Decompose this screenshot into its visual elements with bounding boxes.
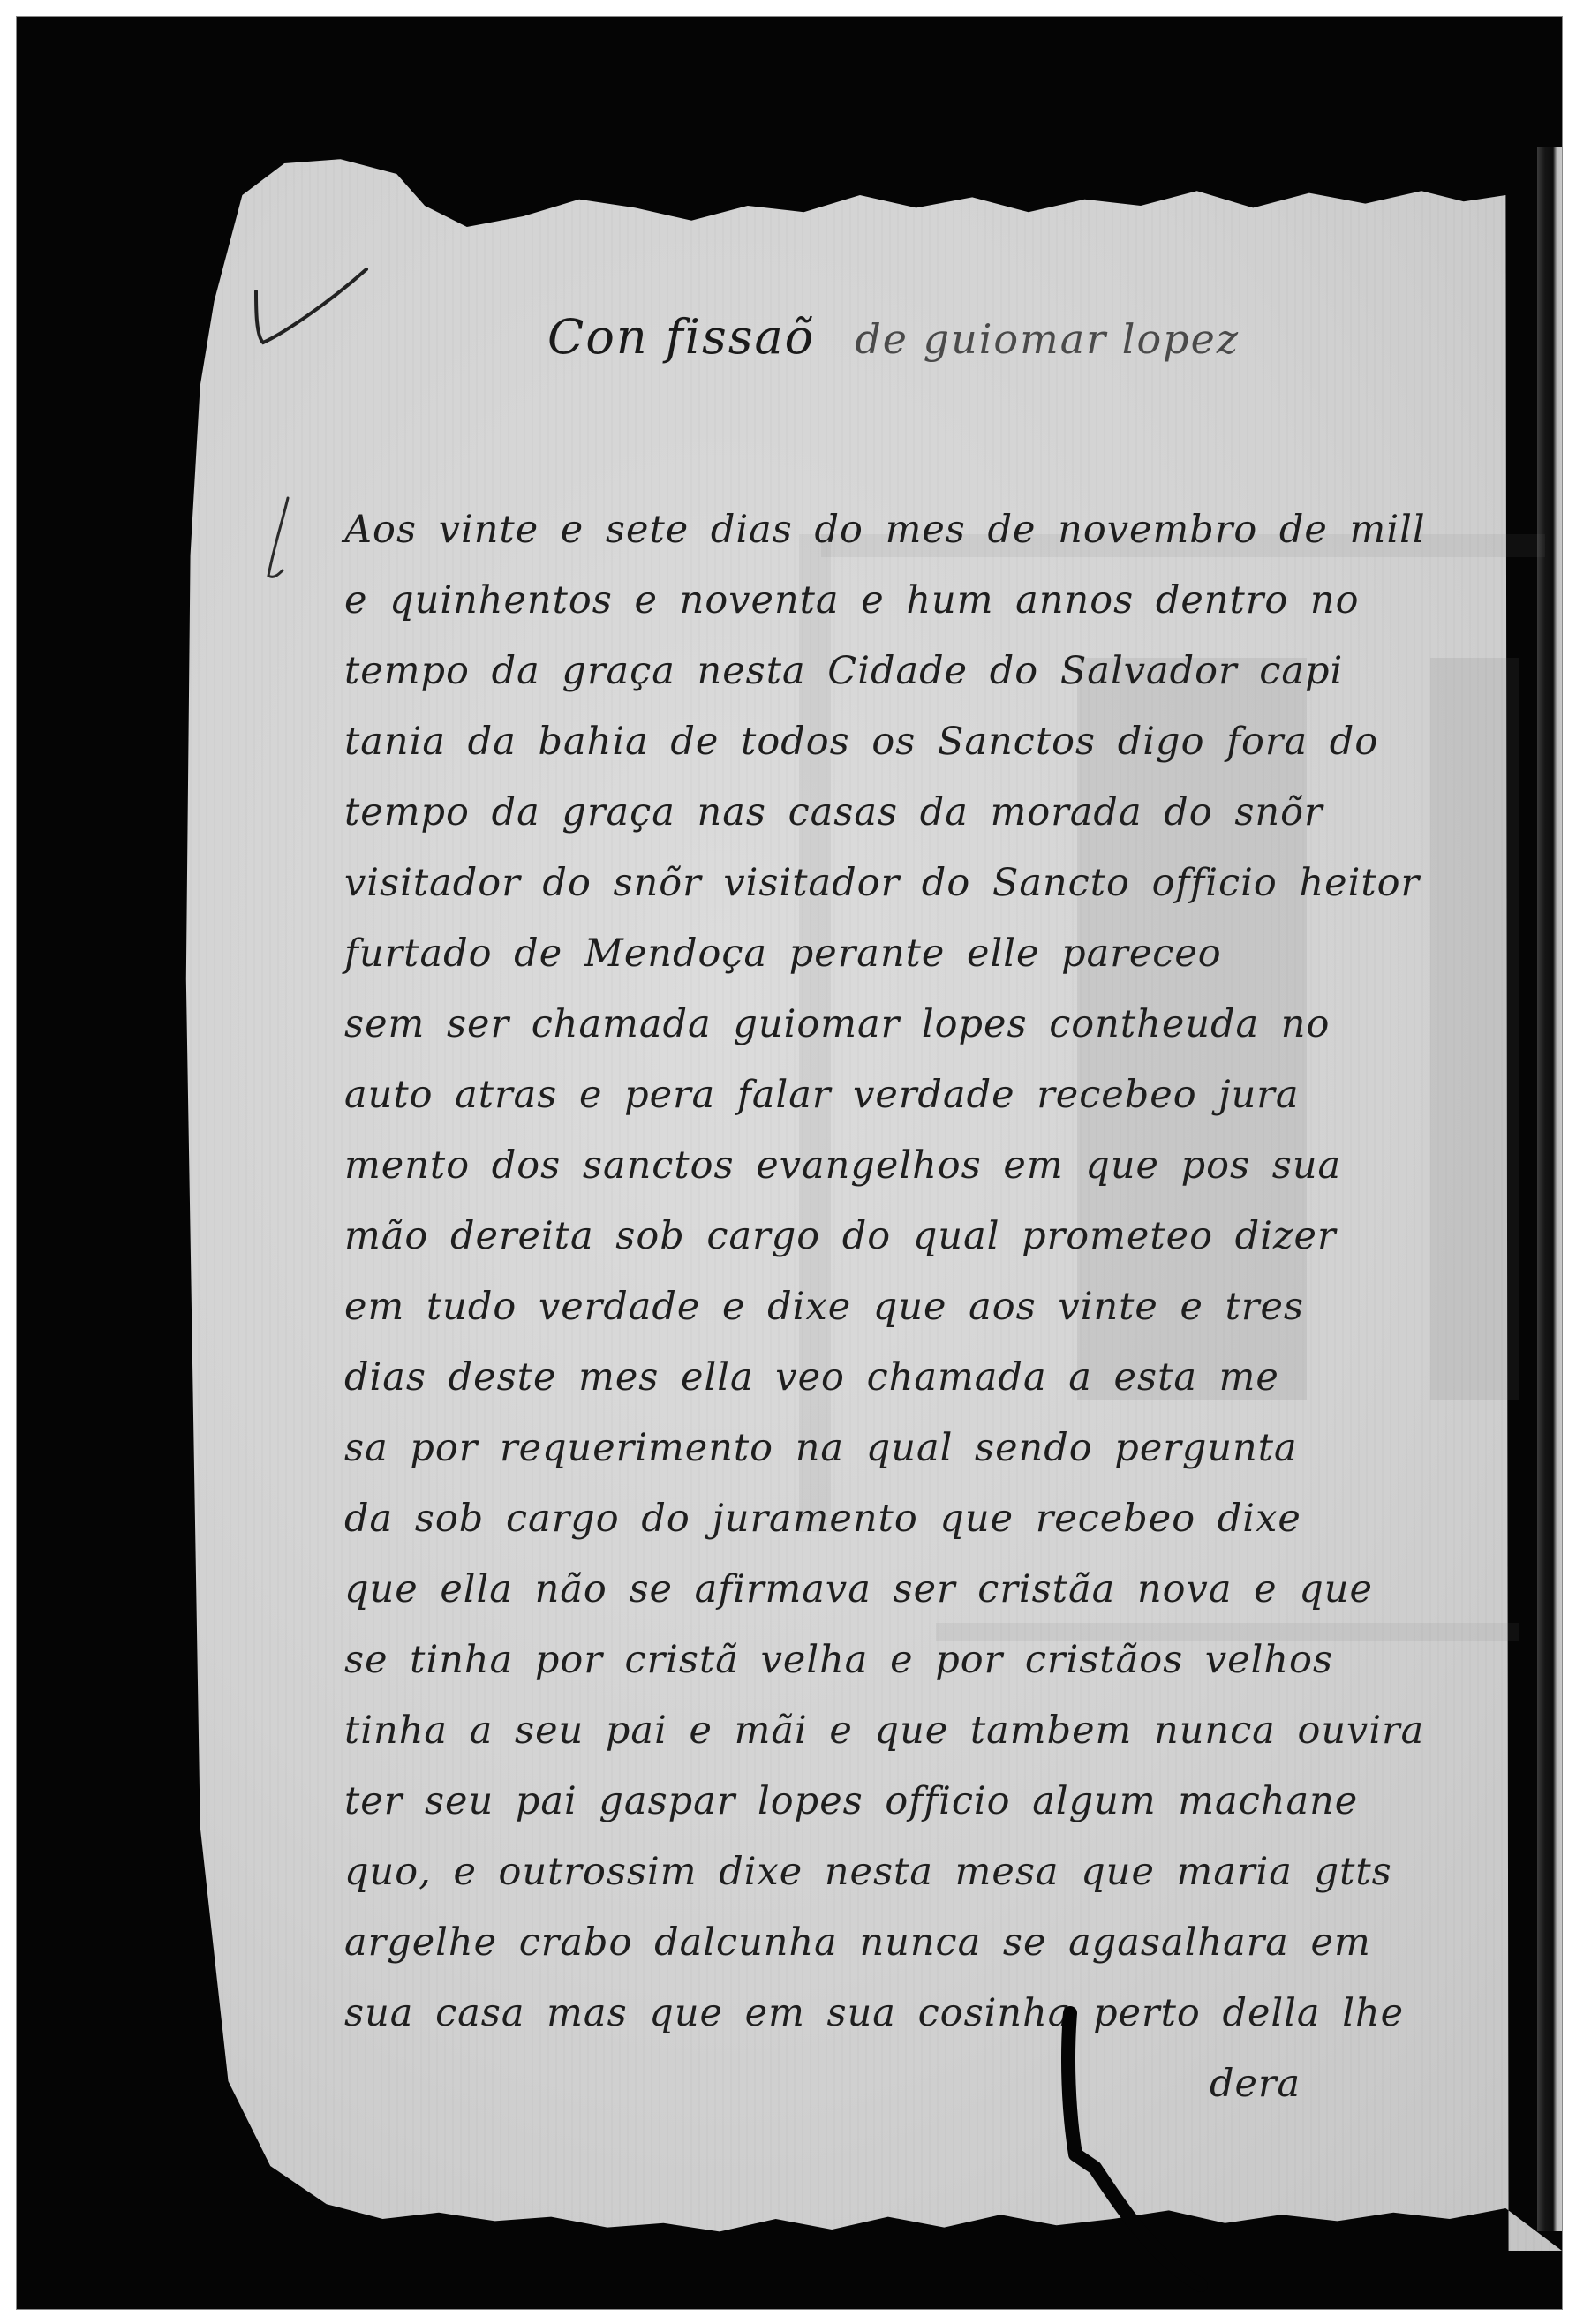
heading-confession: Con fissaõ (547, 309, 815, 365)
paragraph-mark-icon (265, 494, 291, 583)
text-line: Aos vinte e sete dias do mes de novembro… (344, 494, 1439, 565)
document-heading: Con fissaõ de guiomar lopez (547, 309, 1240, 365)
catchword: dera (344, 2049, 1439, 2119)
text-line: tempo da graça nesta Cidade do Salvador … (344, 636, 1439, 706)
text-line: quo, e outrossim dixe nesta mesa que mar… (344, 1837, 1439, 1907)
text-line: tempo da graça nas casas da morada do sn… (344, 777, 1439, 848)
text-line: em tudo verdade e dixe que aos vinte e t… (344, 1271, 1439, 1342)
text-line: argelhe crabo dalcunha nunca se agasalha… (344, 1907, 1439, 1978)
text-line: mão dereita sob cargo do qual prometeo d… (344, 1201, 1439, 1271)
text-line: sa por requerimento na qual sendo pergun… (344, 1413, 1439, 1483)
check-mark-icon (247, 265, 371, 362)
confession-text: Aos vinte e sete dias do mes de novembro… (344, 494, 1439, 2119)
text-line: sua casa mas que em sua cosinha perto de… (344, 1978, 1439, 2049)
text-line: dias deste mes ella veo chamada a esta m… (344, 1342, 1439, 1413)
text-line: se tinha por cristã velha e por cristãos… (344, 1625, 1439, 1695)
text-line: tinha a seu pai e mãi e que tambem nunca… (344, 1695, 1439, 1766)
ink-stroke-mark (1059, 2004, 1218, 2296)
text-line: furtado de Mendoça perante elle pareceo (344, 918, 1439, 989)
text-line: e quinhentos e noventa e hum annos dentr… (344, 565, 1439, 636)
page-fold-edge (1537, 147, 1563, 2231)
text-line: auto atras e pera falar verdade recebeo … (344, 1060, 1439, 1130)
text-line: visitador do snõr visitador do Sancto of… (344, 848, 1439, 918)
text-line: da sob cargo do juramento que recebeo di… (344, 1483, 1439, 1554)
text-line: mento dos sanctos evangelhos em que pos … (344, 1130, 1439, 1201)
text-line: que ella não se afirmava ser cristãa nov… (344, 1554, 1439, 1625)
text-line: sem ser chamada guiomar lopes contheuda … (344, 989, 1439, 1060)
text-line: ter seu pai gaspar lopes officio algum m… (344, 1766, 1439, 1837)
heading-name: de guiomar lopez (855, 315, 1240, 363)
text-line: tania da bahia de todos os Sanctos digo … (344, 706, 1439, 777)
